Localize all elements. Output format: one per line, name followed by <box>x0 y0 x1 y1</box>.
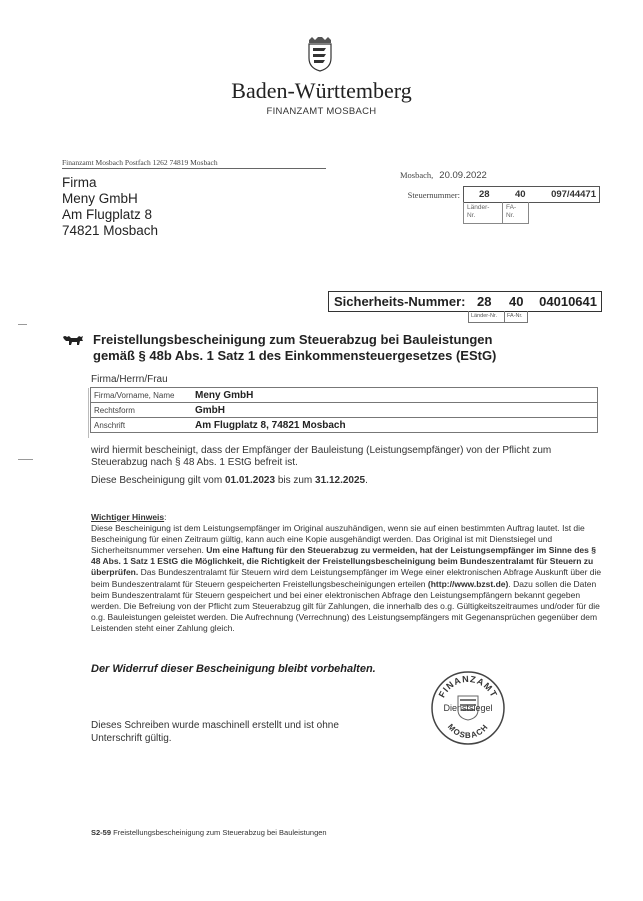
tax-office-number: 40 <box>515 189 526 200</box>
tax-office-name: FINANZAMT MOSBACH <box>0 106 643 117</box>
place: Mosbach, <box>400 170 433 180</box>
security-number-value: 04010641 <box>539 294 597 309</box>
tax-number-value: 097/44471 <box>551 189 596 200</box>
recipient-line-4: 74821 Mosbach <box>62 223 158 239</box>
notice-title: Wichtiger Hinweis <box>91 512 164 522</box>
recipient-data-table: Firma/Vorname, Name Meny GmbH Rechtsform… <box>90 387 598 433</box>
addressee-label: Firma/Herrn/Frau <box>91 374 168 385</box>
security-number-box: Sicherheits-Nummer: 28 40 04010641 <box>328 291 602 312</box>
table-row: Firma/Vorname, Name Meny GmbH <box>91 388 598 403</box>
office-number-label: FA-Nr. <box>502 202 529 224</box>
recipient-line-3: Am Flugplatz 8 <box>62 207 158 223</box>
valid-to-date: 31.12.2025 <box>315 475 365 486</box>
security-state-label: Länder-Nr. <box>468 311 505 323</box>
svg-text:MOSBACH: MOSBACH <box>446 722 490 740</box>
svg-text:Dienstsiegel: Dienstsiegel <box>443 703 492 713</box>
svg-text:FINANZAMT: FINANZAMT <box>437 674 500 699</box>
fold-mark <box>18 324 27 325</box>
tax-number-label: Steuernummer: <box>370 190 460 200</box>
tax-state-number: 28 <box>479 189 490 200</box>
tax-number-box: 28 40 097/44471 <box>463 186 600 203</box>
form-code: S2-59 <box>91 828 111 837</box>
place-date: Mosbach,20.09.2022 <box>400 170 487 181</box>
recipient-line-1: Firma <box>62 175 158 191</box>
coat-of-arms-icon <box>306 36 334 72</box>
bzst-link: (http://www.bzst.de) <box>428 579 508 589</box>
valid-from-date: 01.01.2023 <box>225 475 275 486</box>
recipient-address: Firma Meny GmbH Am Flugplatz 8 74821 Mos… <box>62 175 158 239</box>
important-notice: Wichtiger Hinweis: Diese Bescheinigung i… <box>91 512 603 634</box>
state-name: Baden-Württemberg <box>0 78 643 104</box>
state-number-label: Länder-Nr. <box>463 202 503 224</box>
security-office-label: FA-Nr. <box>504 311 528 323</box>
punch-mark <box>18 459 33 460</box>
official-seal-icon: FINANZAMT MOSBACH Dienstsiegel <box>428 668 508 748</box>
table-row: Rechtsform GmbH <box>91 403 598 418</box>
security-state-number: 28 <box>477 294 491 309</box>
table-edge-line <box>88 388 89 438</box>
lion-icon <box>62 334 84 346</box>
form-footer: S2-59 Freistellungsbescheinigung zum Ste… <box>91 828 327 837</box>
certificate-title: Freistellungsbescheinigung zum Steuerabz… <box>93 332 496 364</box>
form-title: Freistellungsbescheinigung zum Steuerabz… <box>113 828 326 837</box>
security-office-number: 40 <box>509 294 523 309</box>
return-address: Finanzamt Mosbach Postfach 1262 74819 Mo… <box>62 158 326 169</box>
recipient-line-2: Meny GmbH <box>62 191 158 207</box>
exemption-statement: wird hiermit bescheinigt, dass der Empfä… <box>91 445 591 469</box>
security-number-label: Sicherheits-Nummer: <box>334 294 465 309</box>
letter-date: 20.09.2022 <box>439 170 487 181</box>
table-row: Anschrift Am Flugplatz 8, 74821 Mosbach <box>91 418 598 433</box>
revocation-note: Der Widerruf dieser Bescheinigung bleibt… <box>91 663 376 675</box>
machine-generated-note: Dieses Schreiben wurde maschinell erstel… <box>91 720 351 745</box>
validity-period: Diese Bescheinigung gilt vom 01.01.2023 … <box>91 475 368 486</box>
